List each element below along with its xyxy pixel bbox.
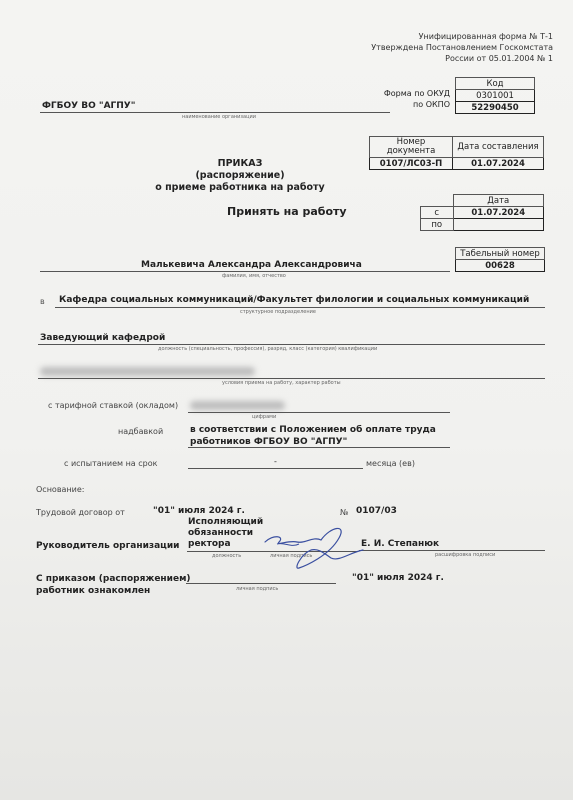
position-line (38, 344, 545, 345)
basis-label: Основание: (36, 485, 84, 494)
salary-label: с тарифной ставкой (окладом) (48, 401, 178, 410)
form-note-line1: Унифицированная форма № Т-1 (371, 31, 553, 42)
department-line (55, 307, 545, 308)
organization-name: ФГБОУ ВО "АГПУ" (42, 101, 135, 111)
contract-label: Трудовой договор от (36, 508, 125, 517)
probation-value: - (188, 457, 363, 466)
organization-caption: наименование организации (182, 114, 256, 120)
codes-header: Код (456, 78, 535, 90)
okud-value: 0301001 (456, 90, 535, 102)
probation-label: с испытанием на срок (64, 459, 157, 468)
document-date-header: Дата составления (453, 137, 544, 158)
document-subject: о приеме работника на работу (150, 182, 330, 194)
hire-heading: Принять на работу (227, 205, 347, 218)
tab-number-table: Табельный номер 00628 (455, 247, 545, 272)
hire-from-label: с (421, 207, 454, 219)
department-prefix: в (40, 297, 45, 306)
acknowledgement-sign-caption: личная подпись (236, 586, 278, 592)
document-title: ПРИКАЗ (170, 158, 310, 170)
employee-name: Малькевича Александра Александровича (141, 260, 362, 270)
document-number-header: Номер документа (370, 137, 453, 158)
probation-line (188, 468, 363, 469)
contract-date: "01" июля 2024 г. (153, 506, 245, 516)
head-position: Исполняющий обязанности ректора (188, 517, 263, 550)
salary-caption: цифрами (252, 414, 276, 420)
head-decoded-line (359, 550, 545, 551)
handwritten-signature-icon (255, 520, 375, 575)
bonus-value: в соответствии с Положением об оплате тр… (190, 424, 436, 448)
hire-from-value: 01.07.2024 (453, 207, 544, 219)
bonus-label: надбавкой (118, 427, 163, 436)
tab-number-header: Табельный номер (456, 248, 545, 260)
acknowledgement-line2: работник ознакомлен (36, 585, 191, 597)
acknowledgement-text: С приказом (распоряжением) работник озна… (36, 573, 191, 597)
form-note-line2: Утверждена Постановлением Госкомстата (371, 42, 553, 53)
bonus-line1: в соответствии с Положением об оплате тр… (190, 424, 436, 436)
tab-number: 00628 (456, 260, 545, 272)
head-label: Руководитель организации (36, 541, 179, 551)
hire-to-label: по (421, 219, 454, 231)
head-position-caption: должность (212, 553, 241, 559)
okud-label: Форма по ОКУД (360, 89, 450, 98)
head-position-line3: ректора (188, 539, 263, 550)
hire-dates-table: Дата с 01.07.2024 по (420, 194, 544, 231)
document-title-block: ПРИКАЗ (распоряжение) о приеме работника… (170, 158, 310, 194)
acknowledgement-sign-line (186, 583, 336, 584)
employee-name-caption: фамилия, имя, отчество (222, 273, 286, 279)
organization-line (40, 112, 390, 113)
salary-redacted (190, 401, 285, 410)
contract-number: 0107/03 (356, 506, 397, 516)
okpo-label: по ОКПО (360, 100, 450, 109)
position-value: Заведующий кафедрой (40, 333, 165, 343)
employee-line (40, 271, 450, 272)
probation-unit: месяца (ев) (366, 459, 415, 468)
document-table: Номер документа Дата составления 0107/ЛС… (369, 136, 544, 170)
conditions-line (38, 378, 545, 379)
acknowledgement-line1: С приказом (распоряжением) (36, 573, 191, 585)
conditions-redacted (40, 367, 255, 376)
bonus-line (188, 447, 450, 448)
form-note: Унифицированная форма № Т-1 Утверждена П… (371, 31, 553, 64)
head-decoded-caption: расшифровка подписи (435, 552, 495, 558)
department-caption: структурное подразделение (240, 309, 316, 315)
salary-line (188, 412, 450, 413)
acknowledgement-date: "01" июля 2024 г. (352, 573, 444, 583)
document-date: 01.07.2024 (453, 158, 544, 170)
document-subtitle: (распоряжение) (170, 170, 310, 182)
okpo-value: 52290450 (456, 102, 535, 114)
hire-to-value (453, 219, 544, 231)
position-caption: должность (специальность, профессия), ра… (158, 346, 377, 352)
head-position-line2: обязанности (188, 528, 263, 539)
hire-date-header: Дата (453, 195, 544, 207)
head-position-line1: Исполняющий (188, 517, 263, 528)
conditions-caption: условия приема на работу, характер работ… (222, 380, 341, 386)
number-sign: № (340, 508, 348, 517)
department-value: Кафедра социальных коммуникаций/Факульте… (59, 295, 529, 305)
codes-table: Код 0301001 52290450 (455, 77, 535, 114)
form-note-line3: России от 05.01.2004 № 1 (371, 53, 553, 64)
document-number: 0107/ЛС03-П (370, 158, 453, 170)
